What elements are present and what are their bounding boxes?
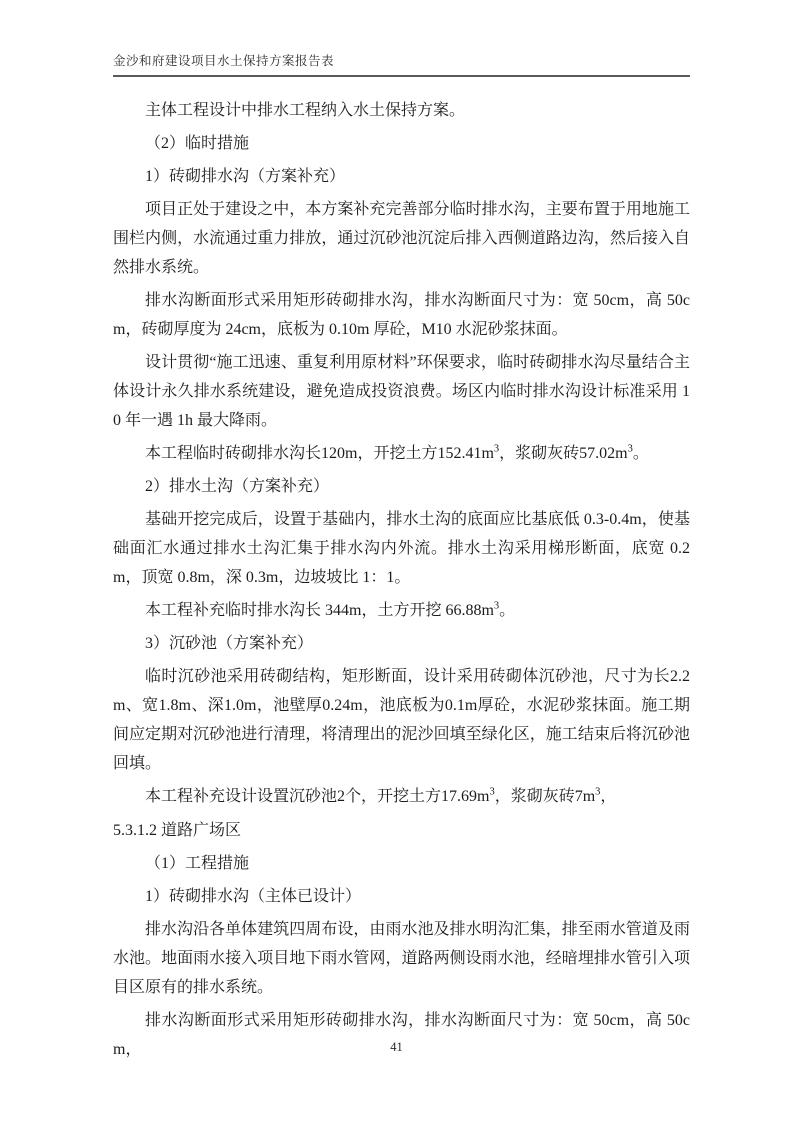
list-heading: 3）沉砂池（方案补充） xyxy=(113,629,690,658)
list-heading: 1）砖砌排水沟（方案补充） xyxy=(113,162,690,191)
page-header: 金沙和府建设项目水土保持方案报告表 xyxy=(113,53,690,77)
header-rule-divider xyxy=(113,75,690,77)
list-heading: 2）排水土沟（方案补充） xyxy=(113,472,690,501)
page-header-title: 金沙和府建设项目水土保持方案报告表 xyxy=(113,53,690,75)
paragraph: 基础开挖完成后，设置于基础内，排水土沟的底面应比基底低 0.3-0.4m，使基础… xyxy=(113,505,690,592)
paragraph: 本工程临时砖砌排水沟长120m，开挖土方152.41m3，浆砌灰砖57.02m3… xyxy=(113,439,690,468)
document-body: 主体工程设计中排水工程纳入水土保持方案。（2）临时措施1）砖砌排水沟（方案补充）… xyxy=(113,96,690,1068)
paragraph: 排水沟沿各单体建筑四周布设，由雨水池及排水明沟汇集，排至雨水管道及雨水池。地面雨… xyxy=(113,915,690,1002)
paragraph: 本工程补充临时排水沟长 344m，土方开挖 66.88m3。 xyxy=(113,596,690,625)
section-heading: 5.3.1.2 道路广场区 xyxy=(113,816,690,845)
paragraph: 设计贯彻“施工迅速、重复利用原材料”环保要求，临时砖砌排水沟尽量结合主体设计永久… xyxy=(113,348,690,435)
document-page: 金沙和府建设项目水土保持方案报告表 主体工程设计中排水工程纳入水土保持方案。（2… xyxy=(0,0,793,1122)
paragraph: 临时沉砂池采用砖砌结构，矩形断面，设计采用砖砌体沉砂池，尺寸为长2.2m、宽1.… xyxy=(113,662,690,778)
list-heading: （2）临时措施 xyxy=(113,129,690,158)
paragraph: 排水沟断面形式采用矩形砖砌排水沟，排水沟断面尺寸为：宽 50cm，高 50cm，… xyxy=(113,286,690,344)
list-heading: （1）工程措施 xyxy=(113,849,690,878)
page-number: 41 xyxy=(390,1040,403,1054)
paragraph: 本工程补充设计设置沉砂池2个，开挖土方17.69m3，浆砌灰砖7m3， xyxy=(113,782,690,811)
paragraph: 项目正处于建设之中，本方案补充完善部分临时排水沟，主要布置于用地施工围栏内侧，水… xyxy=(113,195,690,282)
list-heading: 1）砖砌排水沟（主体已设计） xyxy=(113,882,690,911)
paragraph: 主体工程设计中排水工程纳入水土保持方案。 xyxy=(113,96,690,125)
page-footer: 41 xyxy=(0,1038,793,1056)
